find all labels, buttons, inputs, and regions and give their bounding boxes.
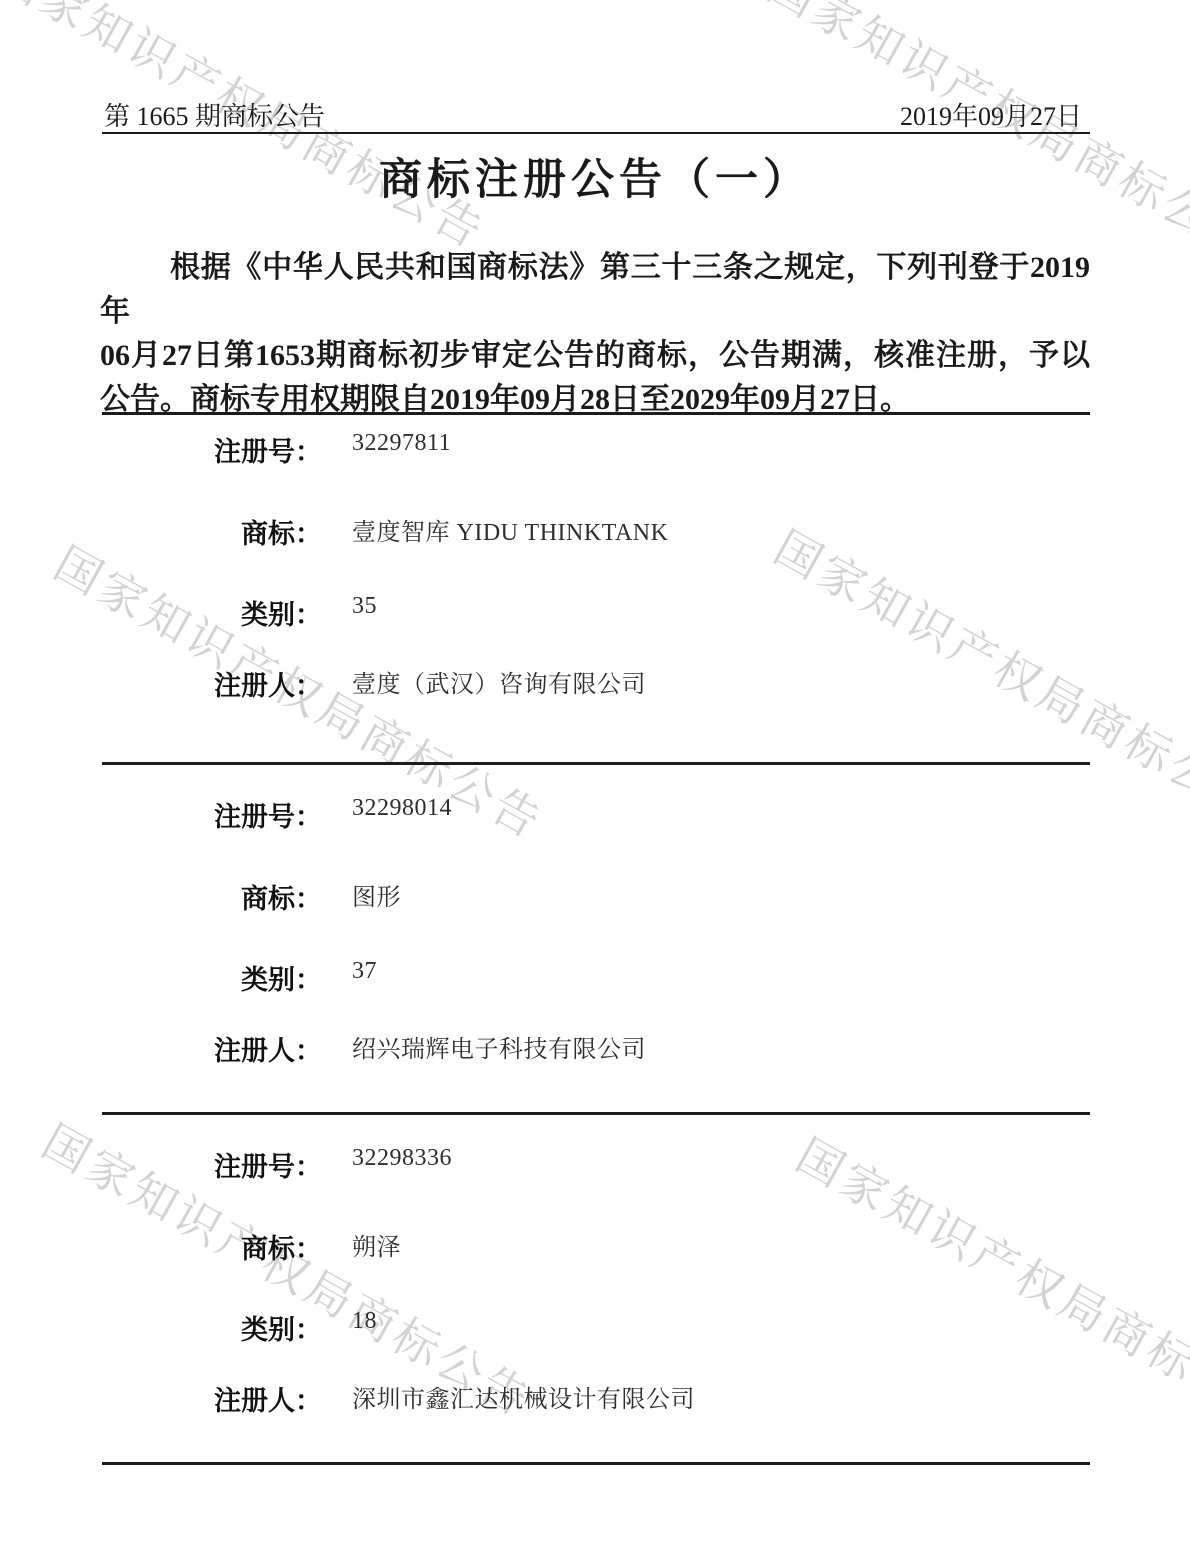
separator-rule [102, 412, 1090, 415]
mark-value: 图形 [352, 877, 401, 912]
registrant-label: 注册人： [100, 1029, 322, 1068]
trademark-entry: 注册号： 32298014 商标： 图形 类别： 37 注册人： 绍兴瑞辉电子科… [0, 795, 1190, 1095]
class-label: 类别： [100, 593, 322, 632]
header-rule [102, 132, 1090, 134]
class-value: 35 [352, 593, 377, 620]
registrant-row: 注册人： 壹度（武汉）咨询有限公司 [0, 664, 1190, 698]
registrant-value: 绍兴瑞辉电子科技有限公司 [352, 1029, 646, 1064]
page-title: 商标注册公告（一） [100, 146, 1090, 207]
registrant-label: 注册人： [100, 664, 322, 703]
gazette-date: 2019年09月27日 [900, 96, 1082, 133]
intro-line-2: 06月27日第1653期商标初步审定公告的商标，公告期满，核准注册，予以 [100, 334, 1090, 378]
trademark-entry: 注册号： 32297811 商标： 壹度智库 YIDU THINKTANK 类别… [0, 430, 1190, 730]
reg-no-label: 注册号： [100, 795, 322, 834]
mark-value: 朔泽 [352, 1227, 401, 1262]
mark-row: 商标： 朔泽 [0, 1227, 1190, 1261]
intro-line-1: 根据《中华人民共和国商标法》第三十三条之规定，下列刊登于2019年 [100, 246, 1090, 334]
mark-label: 商标： [100, 1227, 322, 1266]
registrant-row: 注册人： 绍兴瑞辉电子科技有限公司 [0, 1029, 1190, 1063]
mark-row: 商标： 图形 [0, 877, 1190, 911]
reg-no-label: 注册号： [100, 1145, 322, 1184]
registrant-value: 壹度（武汉）咨询有限公司 [352, 664, 646, 699]
class-row: 类别： 18 [0, 1308, 1190, 1342]
reg-no-value: 32298014 [352, 795, 452, 822]
registrant-value: 深圳市鑫汇达机械设计有限公司 [352, 1379, 695, 1414]
intro-line-3: 公告。商标专用权期限自2019年09月28日至2029年09月27日。 [100, 378, 1090, 422]
reg-no-label: 注册号： [100, 430, 322, 469]
registrant-row: 注册人： 深圳市鑫汇达机械设计有限公司 [0, 1379, 1190, 1413]
class-label: 类别： [100, 958, 322, 997]
gazette-page: 国家知识产权局商标公告 国家知识产权局商标公告 国家知识产权局商标公告 国家知识… [0, 0, 1190, 1564]
trademark-entry: 注册号： 32298336 商标： 朔泽 类别： 18 注册人： 深圳市鑫汇达机… [0, 1145, 1190, 1445]
registrant-label: 注册人： [100, 1379, 322, 1418]
reg-no-row: 注册号： 32298014 [0, 795, 1190, 829]
watermark-text: 国家知识产权局商标公告 [758, 0, 1190, 274]
separator-rule [102, 762, 1090, 765]
mark-row: 商标： 壹度智库 YIDU THINKTANK [0, 512, 1190, 546]
mark-label: 商标： [100, 877, 322, 916]
class-row: 类别： 37 [0, 958, 1190, 992]
class-value: 18 [352, 1308, 377, 1335]
separator-rule [102, 1112, 1090, 1115]
reg-no-row: 注册号： 32297811 [0, 430, 1190, 464]
reg-no-row: 注册号： 32298336 [0, 1145, 1190, 1179]
reg-no-value: 32298336 [352, 1145, 452, 1172]
intro-paragraph: 根据《中华人民共和国商标法》第三十三条之规定，下列刊登于2019年 06月27日… [100, 246, 1090, 422]
class-row: 类别： 35 [0, 593, 1190, 627]
mark-label: 商标： [100, 512, 322, 551]
separator-rule [102, 1462, 1090, 1465]
gazette-issue-number: 第 1665 期商标公告 [104, 96, 325, 133]
class-label: 类别： [100, 1308, 322, 1347]
mark-value: 壹度智库 YIDU THINKTANK [352, 512, 668, 547]
class-value: 37 [352, 958, 377, 985]
reg-no-value: 32297811 [352, 430, 451, 457]
